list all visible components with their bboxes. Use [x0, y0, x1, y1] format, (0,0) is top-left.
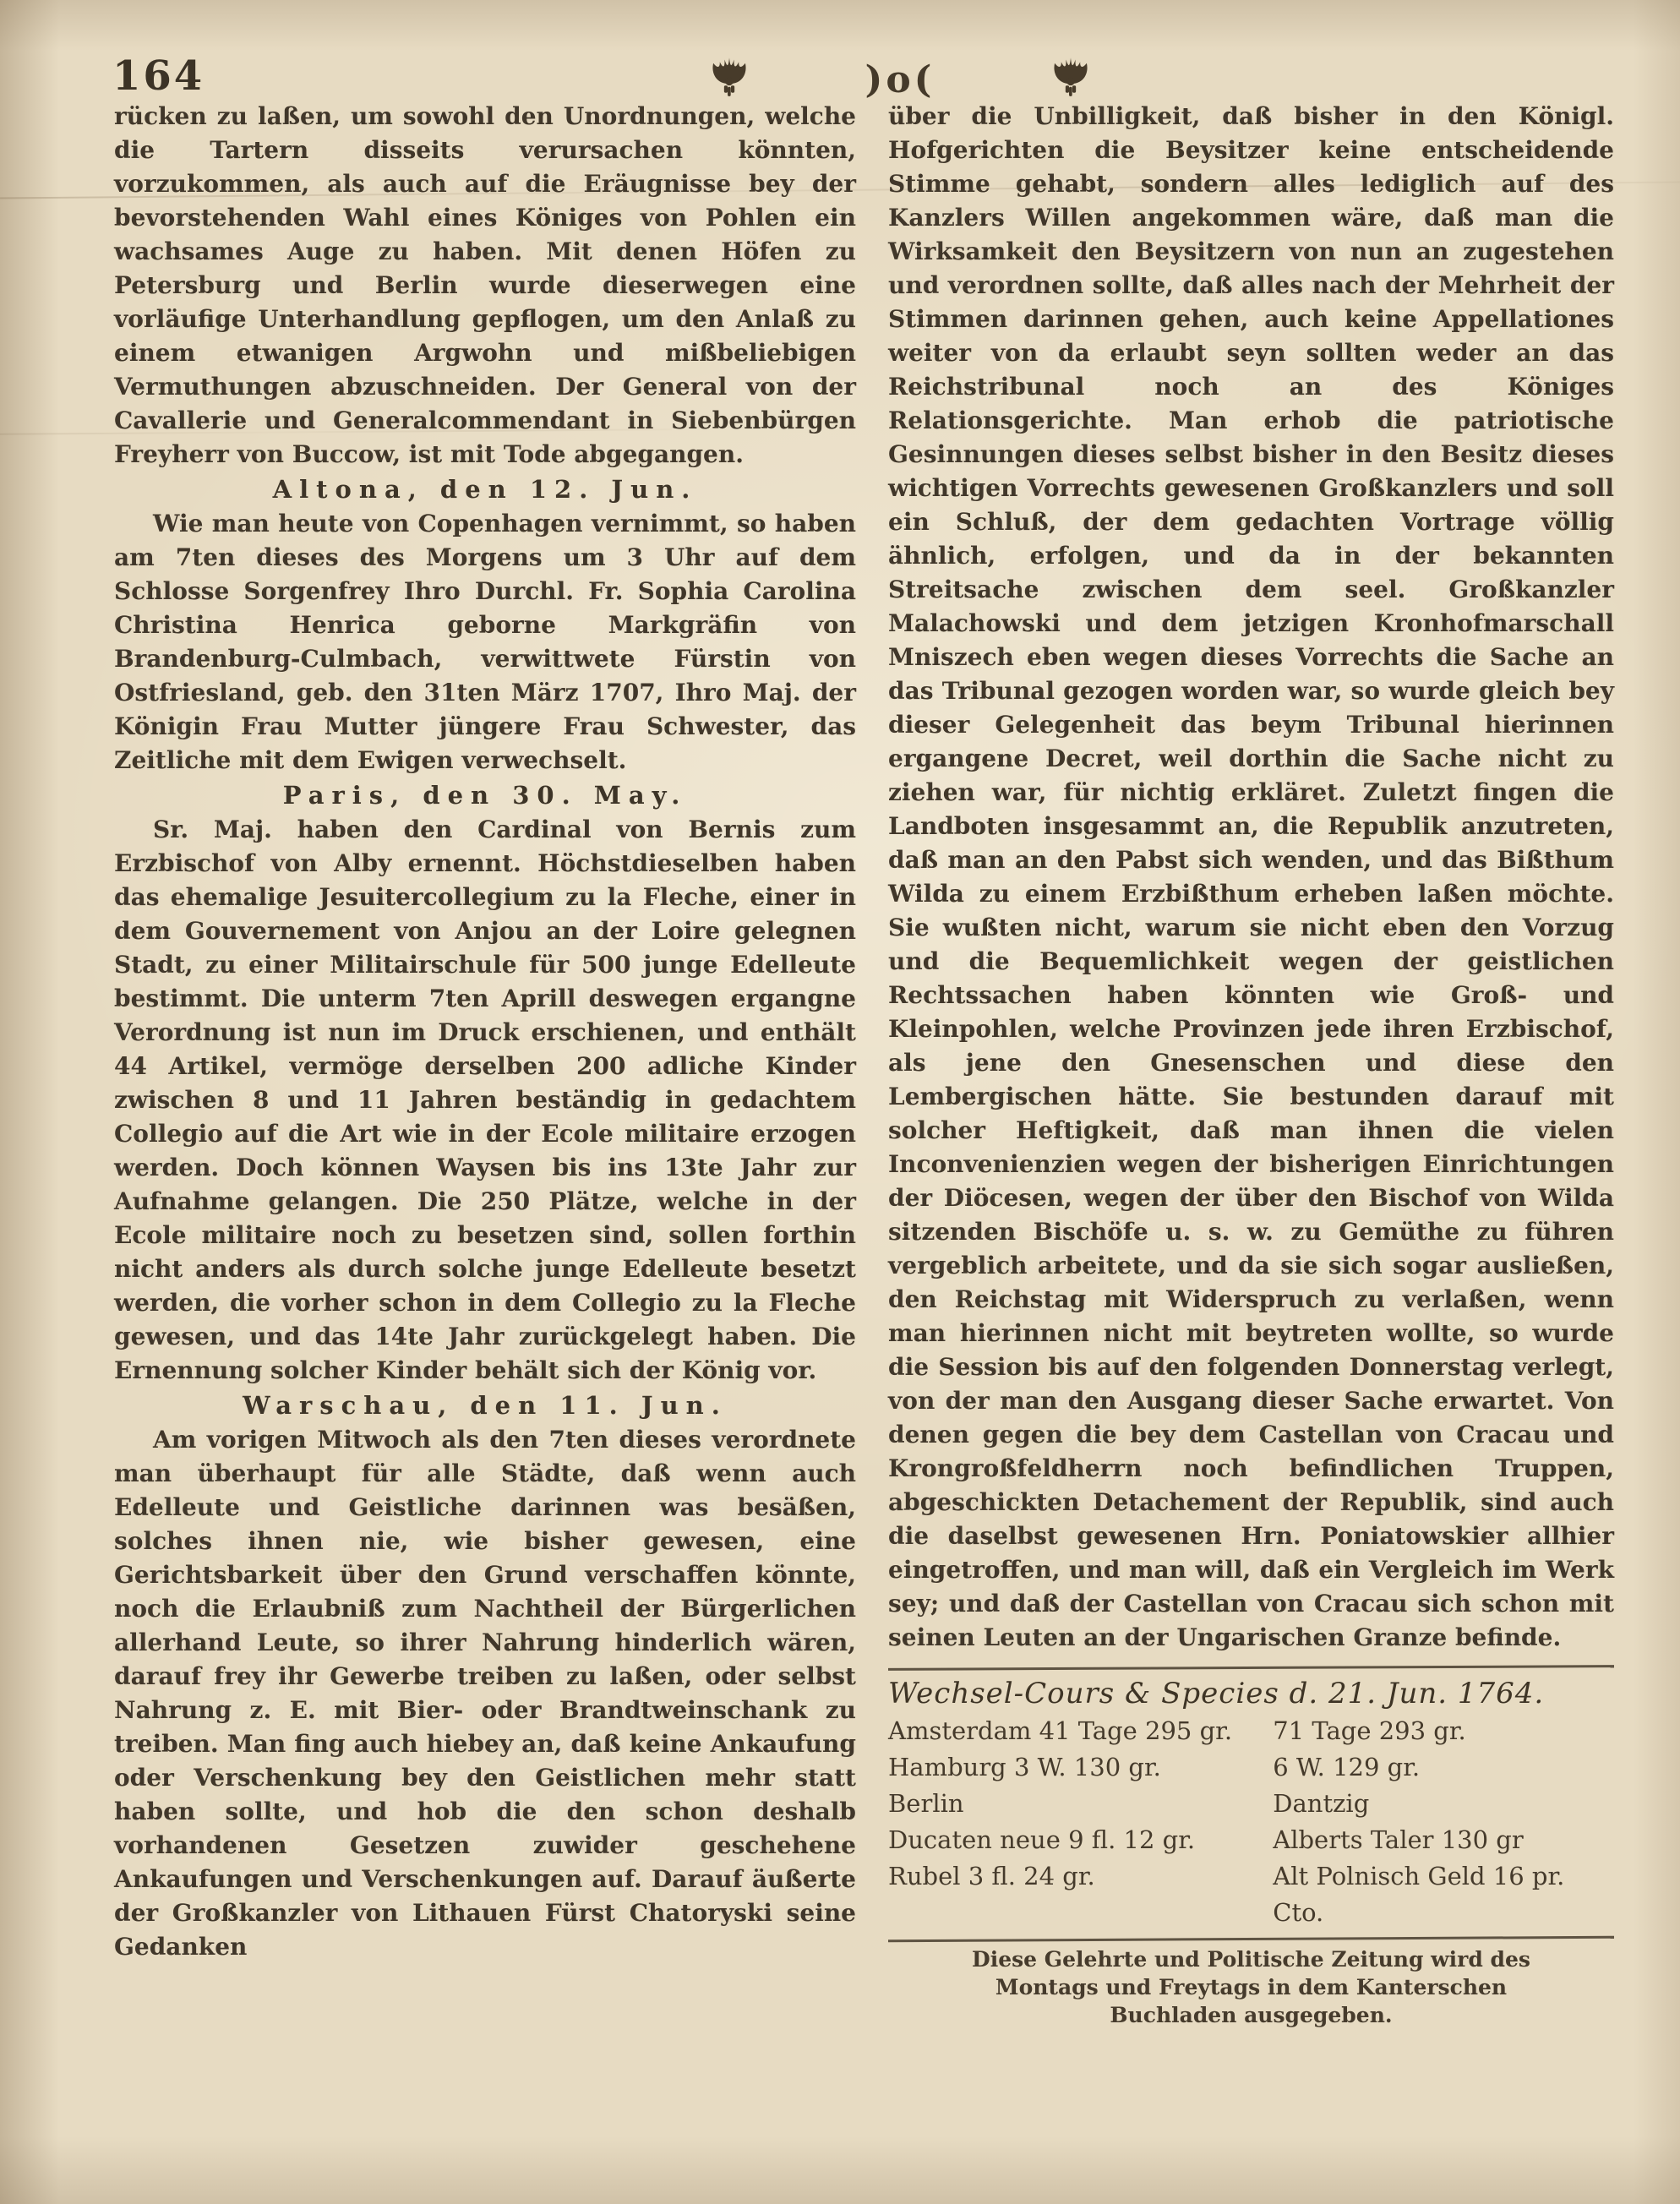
- exchange-row: Hamburg 3 W. 130 gr. 6 W. 129 gr.: [888, 1749, 1614, 1786]
- horizontal-rule: [888, 1665, 1614, 1671]
- exchange-row: Berlin Dantzig: [888, 1786, 1614, 1822]
- exchange-title: Wechsel-Cours & Species d. 21. Jun. 1764…: [888, 1674, 1614, 1713]
- left-column: rücken zu laßen, um sowohl den Unordnung…: [114, 100, 856, 2029]
- exchange-cell: 71 Tage 293 gr.: [1273, 1713, 1614, 1749]
- exchange-cell: Hamburg 3 W. 130 gr.: [888, 1749, 1273, 1786]
- exchange-cell: Alberts Taler 130 gr: [1273, 1822, 1614, 1858]
- divider-mark: )o(: [865, 58, 935, 101]
- dateline-altona: Altona, den 12. Jun.: [114, 472, 856, 506]
- exchange-row: Rubel 3 fl. 24 gr. Alt Polnisch Geld 16 …: [888, 1858, 1614, 1931]
- exchange-city-header: Berlin: [888, 1786, 1273, 1822]
- article-paragraph-continuation: rücken zu laßen, um sowohl den Unordnung…: [114, 100, 856, 472]
- exchange-city-header: Dantzig: [1273, 1786, 1614, 1822]
- article-paragraph-altona: Wie man heute von Copenhagen vernimmt, s…: [114, 507, 856, 777]
- exchange-row: Amsterdam 41 Tage 295 gr. 71 Tage 293 gr…: [888, 1713, 1614, 1749]
- publication-notice: Diese Gelehrte und Politische Zeitung wi…: [932, 1945, 1571, 2029]
- newspaper-page: 164 )o(: [0, 0, 1680, 2204]
- dateline-paris: Paris, den 30. May.: [114, 778, 856, 812]
- right-column: über die Unbilligkeit, daß bisher in den…: [888, 100, 1614, 2029]
- dateline-warschau: Warschau, den 11. Jun.: [114, 1388, 856, 1422]
- horizontal-rule: [888, 1936, 1614, 1942]
- exchange-cell: Ducaten neue 9 fl. 12 gr.: [888, 1822, 1273, 1858]
- header-ornaments: )o(: [706, 44, 1094, 105]
- article-paragraph-paris: Sr. Maj. haben den Cardinal von Bernis z…: [114, 813, 856, 1388]
- exchange-rates-section: Wechsel-Cours & Species d. 21. Jun. 1764…: [888, 1667, 1614, 2029]
- shell-ornament-icon: [706, 49, 753, 100]
- shell-ornament-icon: [1047, 49, 1094, 100]
- exchange-cell: Amsterdam 41 Tage 295 gr.: [888, 1713, 1273, 1749]
- page-number: 164: [112, 52, 205, 100]
- exchange-row: Ducaten neue 9 fl. 12 gr. Alberts Taler …: [888, 1822, 1614, 1858]
- exchange-cell: Alt Polnisch Geld 16 pr. Cto.: [1273, 1858, 1614, 1931]
- text-columns: rücken zu laßen, um sowohl den Unordnung…: [114, 100, 1614, 2029]
- exchange-cell: 6 W. 129 gr.: [1273, 1749, 1614, 1786]
- article-paragraph-warschau: Am vorigen Mitwoch als den 7ten dieses v…: [114, 1423, 856, 1964]
- exchange-cell: Rubel 3 fl. 24 gr.: [888, 1858, 1273, 1931]
- article-paragraph-warschau-continuation: über die Unbilligkeit, daß bisher in den…: [888, 100, 1614, 1655]
